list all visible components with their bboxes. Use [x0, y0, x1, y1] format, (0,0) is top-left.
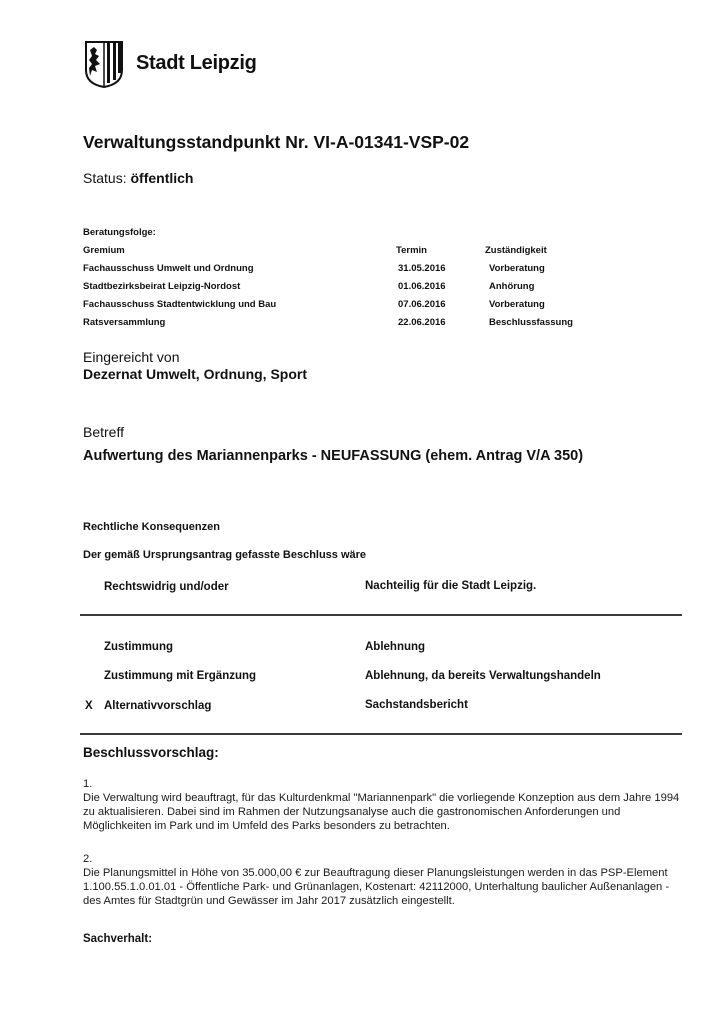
table-row-zustaendigkeit: Beschlussfassung — [489, 317, 573, 328]
option-zustimmung-mit-ergaenzung: Zustimmung mit Ergänzung — [104, 670, 256, 682]
table-row-gremium: Stadtbezirksbeirat Leipzig-Nordost — [83, 281, 240, 292]
table-row-termin: 07.06.2016 — [398, 299, 446, 310]
table-row-termin: 22.06.2016 — [398, 317, 446, 328]
table-row-zustaendigkeit: Anhörung — [489, 281, 534, 292]
sachverhalt-heading: Sachverhalt: — [83, 933, 152, 945]
option-alternativvorschlag: Alternativvorschlag — [104, 700, 211, 712]
option-ablehnung: Ablehnung — [365, 641, 425, 653]
column-header-termin: Termin — [396, 245, 427, 256]
eingereicht-label: Eingereicht von — [83, 349, 180, 365]
divider — [80, 733, 682, 735]
column-header-zustaendigkeit: Zuständigkeit — [485, 245, 547, 256]
table-row-gremium: Fachausschuss Stadtentwicklung und Bau — [83, 299, 276, 310]
table-row-gremium: Fachausschuss Umwelt und Ordnung — [83, 263, 254, 274]
table-row-termin: 01.06.2016 — [398, 281, 446, 292]
rechtliche-konsequenzen-subheading: Der gemäß Ursprungsantrag gefasste Besch… — [83, 549, 366, 561]
eingereicht-value: Dezernat Umwelt, Ordnung, Sport — [83, 366, 307, 382]
leipzig-coat-of-arms-icon — [84, 40, 124, 88]
proposal-item-text: Die Planungsmittel in Höhe von 35.000,00… — [83, 866, 683, 908]
proposal-item-number: 2. — [83, 852, 683, 866]
option-sachstandsbericht: Sachstandsbericht — [365, 699, 468, 711]
option-rechtswidrig: Rechtswidrig und/oder — [104, 581, 229, 593]
beratungsfolge-heading: Beratungsfolge: — [83, 227, 156, 238]
table-row-zustaendigkeit: Vorberatung — [489, 263, 545, 274]
org-name: Stadt Leipzig — [136, 52, 257, 75]
option-nachteilig: Nachteilig für die Stadt Leipzig. — [365, 580, 536, 592]
divider — [80, 614, 682, 616]
table-row-gremium: Ratsversammlung — [83, 317, 165, 328]
betreff-value: Aufwertung des Mariannenparks - NEUFASSU… — [83, 448, 583, 464]
document-title: Verwaltungsstandpunkt Nr. VI-A-01341-VSP… — [83, 132, 469, 153]
option-mark-selected: X — [85, 700, 93, 712]
beschlussvorschlag-heading: Beschlussvorschlag: — [83, 745, 219, 760]
betreff-label: Betreff — [83, 424, 124, 440]
status-line: Status: öffentlich — [83, 170, 193, 186]
option-ablehnung-verwaltungshandeln: Ablehnung, da bereits Verwaltungshandeln — [365, 670, 601, 682]
proposal-item-number: 1. — [83, 777, 683, 791]
table-row-termin: 31.05.2016 — [398, 263, 446, 274]
column-header-gremium: Gremium — [83, 245, 125, 256]
table-row-zustaendigkeit: Vorberatung — [489, 299, 545, 310]
status-value: öffentlich — [130, 170, 193, 186]
option-zustimmung: Zustimmung — [104, 641, 173, 653]
proposal-item-text: Die Verwaltung wird beauftragt, für das … — [83, 791, 683, 833]
status-label: Status: — [83, 170, 127, 186]
rechtliche-konsequenzen-heading: Rechtliche Konsequenzen — [83, 521, 220, 533]
